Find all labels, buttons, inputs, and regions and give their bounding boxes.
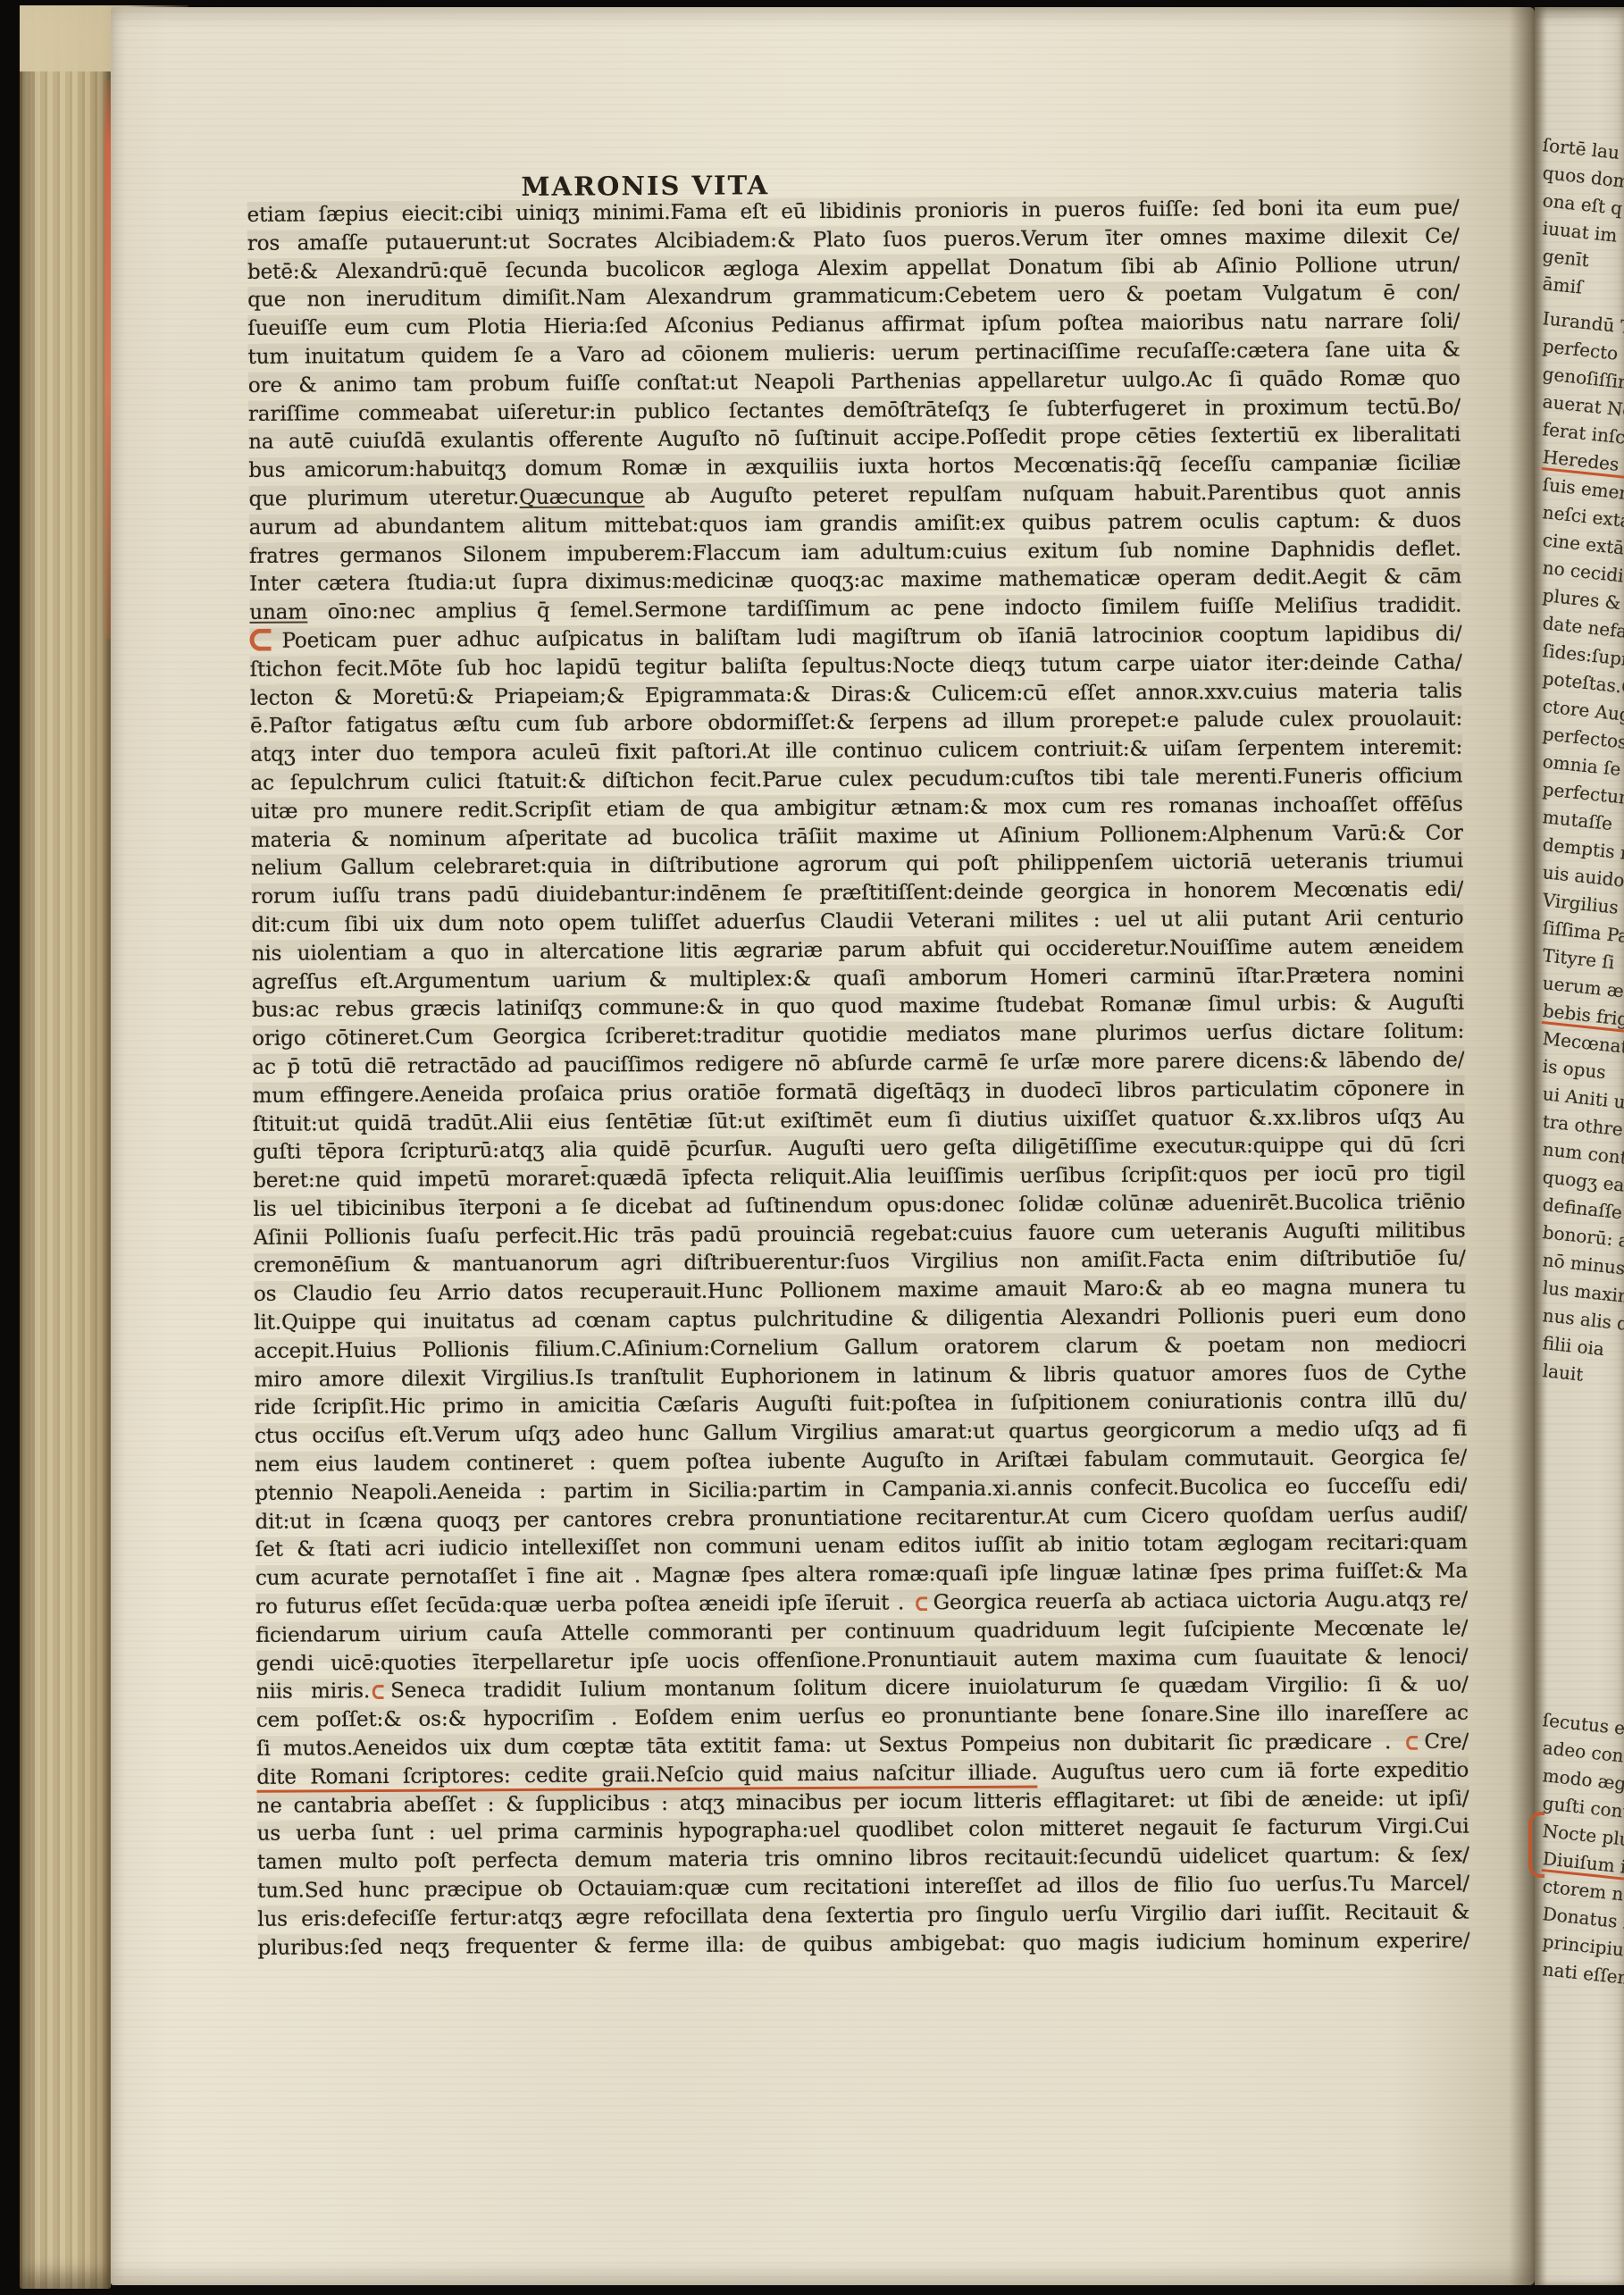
margin-fragment: perfectum — [1542, 778, 1624, 809]
rubric-underlined-text: dite Romani ſcriptores: cedite graii.Neſ… — [256, 1761, 1038, 1792]
margin-fragment: Nocte pluit — [1542, 1820, 1624, 1852]
rubric-paragraph-mark — [249, 629, 271, 651]
text-block: etiam ſæpius eiecit:cibi uiniqʒ minimi.F… — [247, 195, 1470, 1964]
page-opening: MARONIS VITA etiam ſæpius eiecit:cibi ui… — [0, 0, 1624, 2295]
ink-underlined-word: unam — [249, 601, 307, 624]
margin-fragment: mutaſſe — [1542, 806, 1614, 834]
rubric-paragraph-mark — [916, 1596, 927, 1611]
margin-fragment: quos dom — [1542, 162, 1624, 192]
margin-fragment: poteſtas.Q — [1542, 667, 1624, 699]
margin-fragment: ſortē lau — [1542, 134, 1620, 163]
margin-fragment: filii oia — [1542, 1332, 1605, 1360]
margin-fragment: ſiſſima Par — [1542, 917, 1624, 948]
margin-fragment: uis auido p — [1542, 861, 1624, 892]
margin-fragment: tra othre — [1542, 1110, 1624, 1140]
margin-fragment: Virgilius q — [1542, 889, 1624, 920]
book-photo: { "page": { "running_title": "MARONIS VI… — [0, 0, 1624, 2295]
margin-fragment: cine extāt — [1542, 529, 1624, 559]
margin-fragment: demptis n — [1542, 833, 1624, 864]
running-title: MARONIS VITA — [521, 170, 769, 202]
margin-fragment: lauit — [1542, 1360, 1585, 1386]
rubric-paragraph-mark — [373, 1685, 384, 1699]
margin-fragment: perfectos N — [1542, 723, 1624, 755]
margin-fragment: uerum ægo — [1542, 972, 1624, 1004]
margin-fragment: genoſiſſimo — [1542, 363, 1624, 395]
rubric-paragraph-mark — [1406, 1736, 1418, 1750]
margin-fragment: genīt — [1542, 245, 1590, 271]
margin-fragment: is opus — [1542, 1055, 1607, 1083]
margin-fragment: Tityre ſi — [1542, 944, 1616, 973]
facing-page-text: ſortē lauquos domona eſt qiuuat imgenītā… — [1539, 0, 1624, 2295]
red-bracket — [1528, 1812, 1544, 1878]
margin-fragment: ona eſt q — [1542, 189, 1624, 219]
margin-fragment: nati eſſent.Vir — [1542, 1958, 1624, 1993]
margin-fragment: omnia ſe — [1542, 750, 1622, 780]
ink-underlined-word: Quæcunque — [519, 485, 644, 509]
margin-fragment: āmiſ — [1542, 272, 1584, 298]
margin-fragment: ctore Aug — [1542, 695, 1624, 725]
margin-fragment: iuuat im — [1542, 217, 1619, 247]
